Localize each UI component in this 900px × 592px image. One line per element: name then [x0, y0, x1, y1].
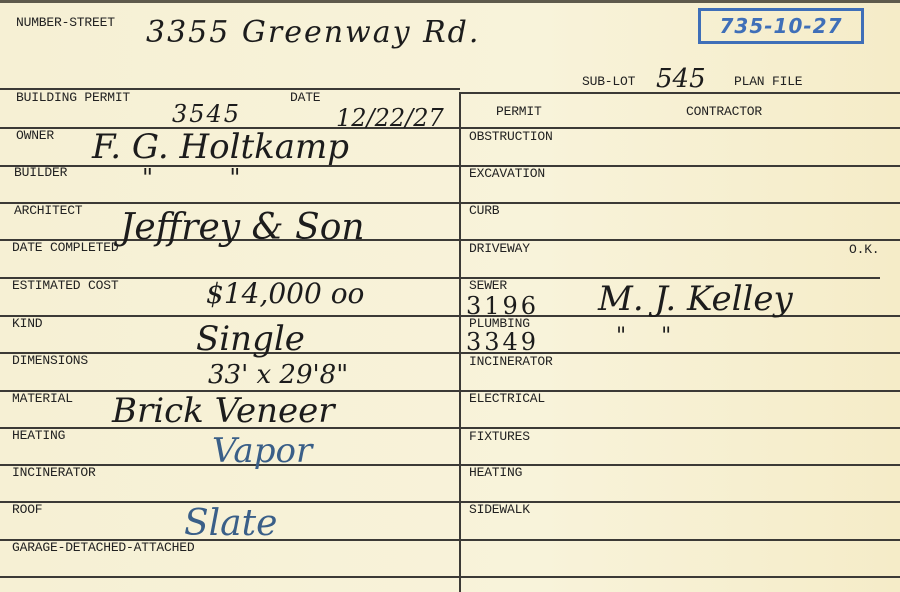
dimensions-label: DIMENSIONS: [12, 354, 88, 368]
sub-lot-label: SUB-LOT: [582, 75, 635, 89]
rule: [460, 92, 900, 94]
heating-value: Vapor: [212, 434, 312, 468]
building-permit-label: BUILDING PERMIT: [16, 91, 130, 105]
card-top-edge: [0, 0, 900, 3]
garage-label: GARAGE-DETACHED-ATTACHED: [12, 541, 194, 555]
fixtures-label: FIXTURES: [469, 430, 530, 444]
excavation-label: EXCAVATION: [469, 167, 545, 181]
rule: [0, 202, 900, 204]
incinerator-permit-label: INCINERATOR: [469, 355, 553, 369]
rule: [0, 464, 900, 466]
estimated-cost-label: ESTIMATED COST: [12, 279, 118, 293]
heating-permit-label: HEATING: [469, 466, 522, 480]
rule: [0, 501, 900, 503]
architect-value: Jeffrey & Son: [120, 210, 365, 246]
roof-value: Slate: [184, 506, 277, 542]
kind-value: Single: [196, 322, 305, 356]
kind-label: KIND: [12, 317, 42, 331]
plumbing-contractor: " ": [616, 326, 671, 348]
permit-card: NUMBER-STREET 3355 Greenway Rd. 735-10-2…: [0, 0, 900, 592]
date-completed-label: DATE COMPLETED: [12, 241, 118, 255]
dimensions-value: 33' x 29'8": [208, 362, 348, 388]
building-permit-value: 3545: [172, 102, 241, 126]
owner-value: F. G. Holtkamp: [92, 130, 349, 164]
curb-label: CURB: [469, 204, 499, 218]
driveway-note: O.K.: [849, 243, 879, 257]
plan-file-label: PLAN FILE: [734, 75, 802, 89]
builder-label: BUILDER: [14, 166, 67, 180]
material-value: Brick Veneer: [112, 394, 335, 428]
roof-label: ROOF: [12, 503, 42, 517]
contractor-column-header: CONTRACTOR: [686, 105, 762, 119]
electrical-label: ELECTRICAL: [469, 392, 545, 406]
rule: [0, 352, 900, 354]
sewer-contractor: M. J. Kelley: [598, 282, 793, 316]
date-label: DATE: [290, 91, 320, 105]
file-stamp: 735-10-27: [698, 8, 864, 44]
sewer-label: SEWER: [469, 279, 507, 293]
incinerator-label: INCINERATOR: [12, 466, 96, 480]
permit-column-header: PERMIT: [496, 105, 542, 119]
date-value: 12/22/27: [336, 106, 444, 130]
sewer-permit-number: 3196: [466, 294, 539, 318]
sidewalk-label: SIDEWALK: [469, 503, 530, 517]
architect-label: ARCHITECT: [14, 204, 82, 218]
number-street-label: NUMBER-STREET: [16, 16, 115, 30]
estimated-cost-value: $14,000 oo: [206, 280, 364, 308]
obstruction-label: OBSTRUCTION: [469, 130, 553, 144]
column-divider: [459, 92, 461, 592]
owner-label: OWNER: [16, 129, 54, 143]
plumbing-permit-number: 3349: [466, 330, 539, 354]
sub-lot-value: 545: [656, 66, 706, 92]
heating-label: HEATING: [12, 429, 65, 443]
material-label: MATERIAL: [12, 392, 73, 406]
driveway-label: DRIVEWAY: [469, 242, 530, 256]
rule: [0, 576, 900, 578]
builder-value: " ": [142, 166, 240, 190]
number-street-value: 3355 Greenway Rd.: [146, 18, 480, 48]
